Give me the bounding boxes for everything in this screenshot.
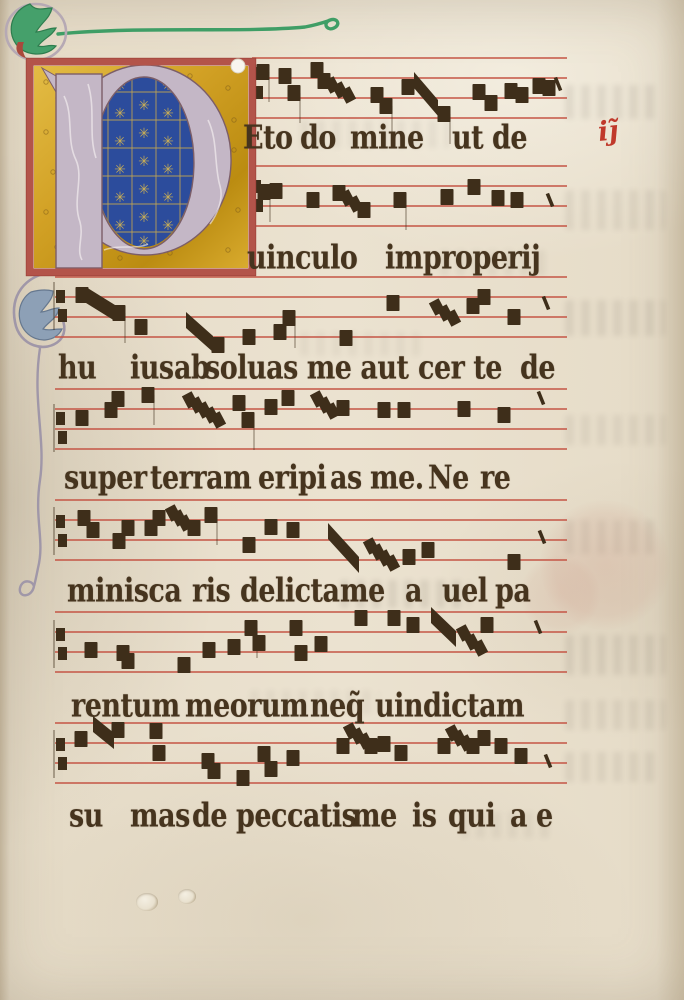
neume-square <box>135 319 148 335</box>
chant-word: me. <box>370 459 424 497</box>
neume-square <box>265 399 278 415</box>
neume-square <box>283 310 296 326</box>
neume-square <box>438 738 451 754</box>
svg-text:✳: ✳ <box>162 162 174 178</box>
chant-word: terram <box>150 459 251 497</box>
white-dot <box>231 59 245 73</box>
neume-square <box>337 738 350 754</box>
neume-square <box>279 68 292 84</box>
staff <box>250 166 567 230</box>
svg-text:✳: ✳ <box>138 210 150 226</box>
neume-square <box>422 542 435 558</box>
neume-square <box>492 190 505 206</box>
chant-line-5: miniscarisdelictameauelpa <box>0 572 684 616</box>
neume-square <box>495 738 508 754</box>
clef-square <box>56 412 65 425</box>
neume-square <box>511 192 524 208</box>
staff <box>54 500 567 573</box>
custos-tick <box>546 193 555 207</box>
chant-line-1: Etodomineutde <box>0 119 684 163</box>
neume-square <box>203 642 216 658</box>
neume-square <box>233 395 246 411</box>
left-vine-ornament <box>14 272 64 595</box>
neume-square <box>287 750 300 766</box>
custos-tick <box>544 754 553 768</box>
neume-square <box>485 95 498 111</box>
neume-square <box>243 329 256 345</box>
neume-square <box>515 748 528 764</box>
chant-word: me <box>340 572 385 610</box>
svg-text:✳: ✳ <box>138 98 150 114</box>
neume-square <box>188 520 201 536</box>
neume-square <box>380 98 393 114</box>
neume-square <box>178 657 191 673</box>
neume-square <box>208 763 221 779</box>
chant-word: rentum <box>71 687 180 725</box>
chant-word: a <box>405 572 422 610</box>
chant-word: e <box>536 797 553 835</box>
chant-word: mine <box>350 119 424 157</box>
neume-square <box>288 85 301 101</box>
chant-word: uel <box>442 572 488 610</box>
neume-square <box>75 731 88 747</box>
neume-square <box>307 192 320 208</box>
neume-square <box>112 391 125 407</box>
svg-text:✳: ✳ <box>114 218 126 234</box>
chant-word: uinculo <box>247 239 357 277</box>
svg-text:✳: ✳ <box>114 162 126 178</box>
chant-line-6: rentummeorumneq̃uindictam <box>0 687 684 731</box>
chant-word: qui <box>448 797 495 835</box>
neume-square <box>407 617 420 633</box>
neume-square <box>403 549 416 565</box>
chant-word: neq̃ <box>310 687 364 725</box>
clef-square <box>56 628 65 641</box>
neume-square <box>508 309 521 325</box>
neume-square <box>258 746 271 762</box>
neume-square <box>498 407 511 423</box>
chant-word: ut <box>452 119 483 157</box>
clef-square <box>58 431 67 444</box>
chant-word: pa <box>495 572 530 610</box>
staff <box>54 387 567 452</box>
chant-word: delicta <box>240 572 339 610</box>
neume-square <box>441 189 454 205</box>
chant-word: a <box>510 797 527 835</box>
neume-square <box>358 202 371 218</box>
neume-square <box>265 761 278 777</box>
neume-square <box>478 730 491 746</box>
clef-square <box>56 738 65 751</box>
neume-square <box>468 179 481 195</box>
chant-line-7: sumasde peccatismeisquiae <box>0 797 684 841</box>
neume-square <box>516 87 529 103</box>
neume-square <box>274 324 287 340</box>
svg-text:✳: ✳ <box>162 190 174 206</box>
neume-square <box>287 522 300 538</box>
neume-square <box>508 554 521 570</box>
staff <box>54 277 567 353</box>
neume-square <box>228 639 241 655</box>
neume-square <box>257 64 270 80</box>
neume-square <box>315 636 328 652</box>
neume-square <box>295 645 308 661</box>
svg-text:✳: ✳ <box>138 182 150 198</box>
staff <box>54 607 567 673</box>
neume-square <box>237 770 250 786</box>
neume-square <box>290 620 303 636</box>
neume-square <box>478 289 491 305</box>
chant-word: as <box>330 459 362 497</box>
chant-word: eripi <box>258 459 326 497</box>
svg-text:✳: ✳ <box>162 218 174 234</box>
chant-word: re <box>480 459 510 497</box>
neume-square <box>395 745 408 761</box>
neume-square <box>337 400 350 416</box>
neume-square <box>378 402 391 418</box>
chant-word: su <box>69 797 103 835</box>
neume-square <box>458 401 471 417</box>
neume-square <box>398 402 411 418</box>
neume-square <box>122 653 135 669</box>
neume-square <box>394 192 407 208</box>
chant-word: is <box>412 797 436 835</box>
chant-word: hu <box>58 349 96 387</box>
chant-word: de <box>520 349 555 387</box>
chant-word: ris <box>192 572 230 610</box>
chant-word: me <box>352 797 397 835</box>
neume-square <box>122 520 135 536</box>
chant-word: uindictam <box>375 687 524 725</box>
custos-tick <box>538 530 547 544</box>
green-stem <box>58 19 338 34</box>
neume-square <box>85 642 98 658</box>
svg-text:✳: ✳ <box>114 190 126 206</box>
neume-square <box>205 507 218 523</box>
chant-word: soluas me aut <box>205 349 408 387</box>
neume-square <box>265 519 278 535</box>
neume-square <box>378 736 391 752</box>
neume-square <box>243 537 256 553</box>
neume-square <box>113 305 126 321</box>
neume-square <box>365 738 378 754</box>
chant-word: mas <box>130 797 190 835</box>
custos-tick <box>542 296 551 310</box>
chant-line-4: superterrameripiasme.Nere <box>0 459 684 503</box>
top-vine-ornament <box>6 4 338 60</box>
folio-quire-mark: ij̃ <box>596 115 619 148</box>
neume-square <box>473 84 486 100</box>
clef-square <box>58 647 67 660</box>
neume-oblique <box>328 523 359 573</box>
chant-word: super <box>64 459 147 497</box>
chant-word: cer te <box>418 349 502 387</box>
neume-square <box>481 617 494 633</box>
clef-square <box>56 515 65 528</box>
chant-word: do <box>300 119 336 157</box>
chant-word: de peccatis <box>192 797 356 835</box>
clef-square <box>58 757 67 770</box>
neume-oblique <box>86 287 115 321</box>
neume-square <box>543 80 556 96</box>
chant-word: Ne <box>428 459 469 497</box>
neume-square <box>153 745 166 761</box>
chant-line-2: uinculoimproperij <box>0 239 684 283</box>
neume-square <box>153 510 166 526</box>
neume-square <box>253 635 266 651</box>
neume-oblique <box>186 312 213 352</box>
neume-square <box>340 330 353 346</box>
manuscript-page: ✳✳ ✳✳✳ ✳✳✳ ✳✳✳ ✳✳✳ ✳✳✳ ✳ <box>0 0 684 1000</box>
neume-square <box>270 183 283 199</box>
neume-square <box>402 79 415 95</box>
clef-square <box>58 309 67 322</box>
chant-word: de <box>492 119 527 157</box>
neume-square <box>76 410 89 426</box>
neume-square <box>258 184 271 200</box>
chant-word: ius <box>130 349 174 387</box>
chant-word: meorum <box>185 687 308 725</box>
chant-word: improperij <box>385 239 540 277</box>
neume-square <box>387 295 400 311</box>
chant-word: minisca <box>67 572 181 610</box>
chant-word: Eto <box>243 119 293 157</box>
neume-square <box>245 620 258 636</box>
neume-square <box>87 522 100 538</box>
neume-square <box>242 412 255 428</box>
clef-square <box>56 290 65 303</box>
clef-square <box>58 534 67 547</box>
chant-line-3: huiusabsoluas me autcer tede <box>0 349 684 393</box>
